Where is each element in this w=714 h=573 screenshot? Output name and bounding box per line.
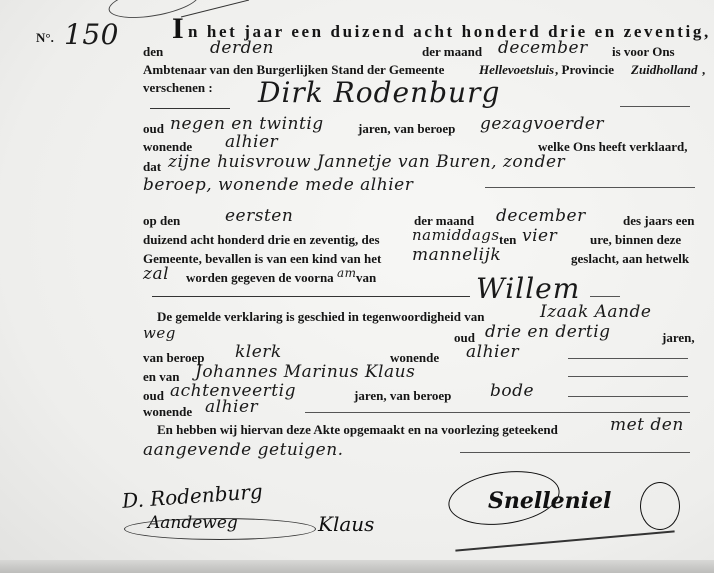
fill-line xyxy=(568,376,688,377)
jaren-beroep-label-w2: jaren, van beroep xyxy=(354,388,451,404)
record-number: 150 xyxy=(64,18,119,51)
geslacht-text: geslacht, aan hetwelk xyxy=(571,251,689,267)
year-text: duizend acht honderd drie en zeventig, d… xyxy=(143,232,380,248)
birth-day: eersten xyxy=(225,206,293,226)
wonende-label-w2: wonende xyxy=(143,404,192,420)
declarant-occupation: gezagvoerder xyxy=(480,114,604,134)
declarant-name: Dirk Rodenburg xyxy=(258,76,500,109)
fill-line xyxy=(568,396,688,397)
record-number-label: N°. xyxy=(36,30,54,46)
signature-registrar: Snelleniel xyxy=(488,488,611,514)
child-sex: mannelijk xyxy=(412,245,501,265)
oud-label-w2: oud xyxy=(143,388,164,404)
registrar-signature-curl xyxy=(640,482,680,530)
civil-record-page: N°. 150 I n het jaar een duizend acht ho… xyxy=(0,0,714,573)
zal-handwritten: zal xyxy=(143,264,169,284)
maand-label: der maand xyxy=(422,44,482,60)
verschenen-label: verschenen : xyxy=(143,80,213,96)
child-name: Willem xyxy=(476,272,580,305)
signature-witness2: Klaus xyxy=(318,512,374,536)
closing-text: En hebben wij hiervan deze Akte opgemaak… xyxy=(157,422,558,438)
jaren-beroep-label: jaren, van beroep xyxy=(358,121,455,137)
voornaam-text: worden gegeven de voorna xyxy=(186,270,334,286)
is-voor-ons-text: is voor Ons xyxy=(612,44,675,60)
closing-handwritten-b: aangevende getuigen. xyxy=(143,440,344,460)
fill-line xyxy=(305,412,690,413)
fill-line xyxy=(152,296,470,297)
provincie-text: , Provincie xyxy=(555,62,614,78)
witness1-age: drie en dertig xyxy=(485,322,611,342)
initial-letter: I xyxy=(172,14,184,44)
gemeente-text: Gemeente, bevallen is van een kind van h… xyxy=(143,251,381,267)
registration-month: december xyxy=(498,38,588,58)
witness2-residence: alhier xyxy=(205,397,258,417)
comma: , xyxy=(702,62,705,78)
oud-label: oud xyxy=(143,121,164,137)
van-label: van xyxy=(356,270,376,286)
fill-line xyxy=(460,452,690,453)
des-jaars-text: des jaars een xyxy=(623,213,695,229)
part-of-day: namiddags xyxy=(412,226,500,244)
ure-text: ure, binnen deze xyxy=(590,232,681,248)
am-handwritten: am xyxy=(337,266,357,280)
declarant-residence: alhier xyxy=(225,132,278,152)
ten-label: ten xyxy=(499,232,516,248)
signature-declarant: D. Rodenburg xyxy=(121,479,263,513)
mother-residence: beroep, wonende mede alhier xyxy=(143,175,413,195)
registrar-underline xyxy=(455,530,674,551)
witness-intro: De gemelde verklaring is geschied in teg… xyxy=(157,309,485,325)
fill-line xyxy=(485,187,695,188)
witness1-residence: alhier xyxy=(466,342,519,362)
fill-line xyxy=(620,106,690,107)
birth-hour: vier xyxy=(522,226,557,246)
jaren-label-w1: jaren, xyxy=(662,330,695,346)
fill-line xyxy=(590,296,620,297)
declarant-age: negen en twintig xyxy=(170,114,324,134)
witness2-name: Johannes Marinus Klaus xyxy=(195,362,415,382)
birth-month: december xyxy=(496,206,586,226)
province: Zuidholland xyxy=(631,62,697,78)
closing-handwritten-a: met den xyxy=(610,415,684,435)
witness2-occupation: bode xyxy=(490,381,534,401)
witness1-name-b: weg xyxy=(143,324,176,342)
den-label: den xyxy=(143,44,163,60)
registration-day: derden xyxy=(210,38,274,58)
top-margin-scribble xyxy=(106,0,201,24)
mother-description: zijne huisvrouw Jannetje van Buren, zond… xyxy=(168,152,565,172)
page-bottom-edge xyxy=(0,560,714,573)
signature-witness1: Aandeweg xyxy=(148,513,238,533)
witness1-occupation: klerk xyxy=(235,342,282,362)
witness1-name-a: Izaak Aande xyxy=(540,302,651,322)
op-den-label: op den xyxy=(143,213,180,229)
fill-line xyxy=(150,108,230,109)
fill-line xyxy=(568,358,688,359)
dat-label: dat xyxy=(143,159,161,175)
